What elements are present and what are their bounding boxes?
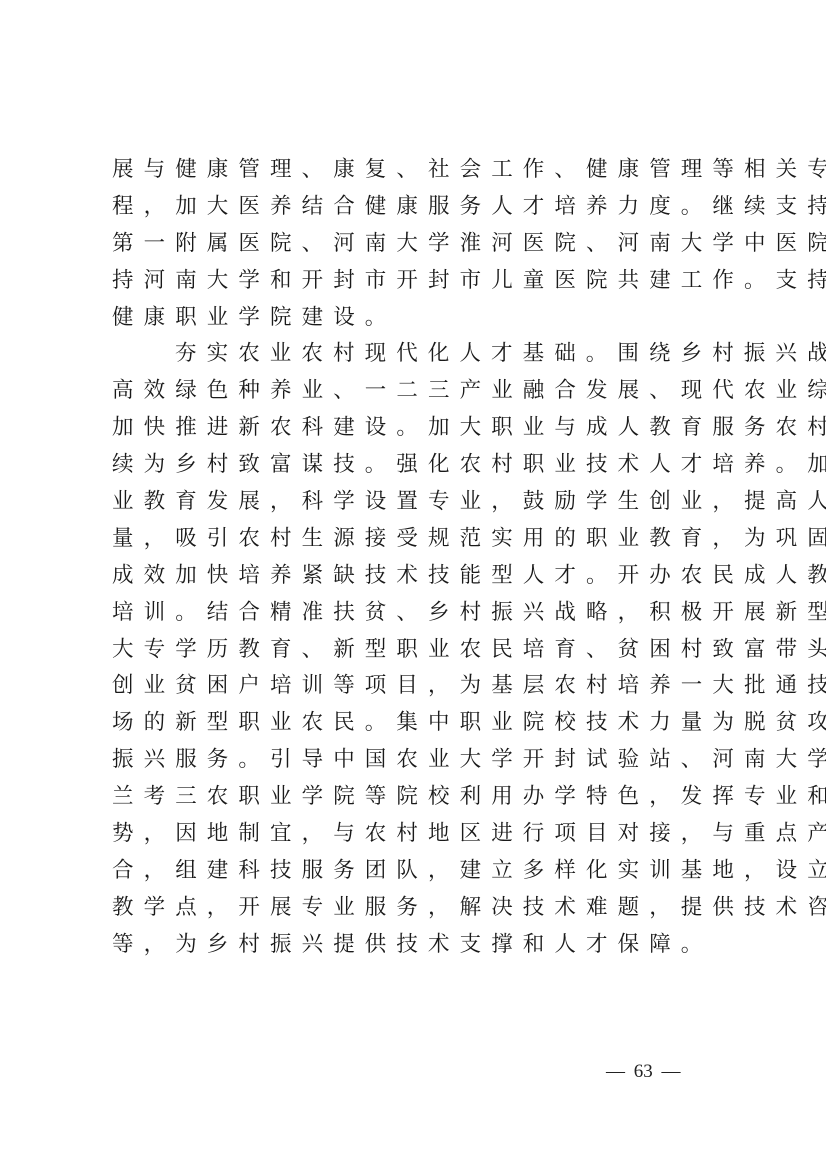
text-line: 大专学历教育、新型职业农民培育、贫困村致富带头人培训、 — [112, 632, 722, 669]
text-line-indented: 夯实农业农村现代化人才基础。围绕乡村振兴战略，聚焦 — [112, 336, 722, 373]
text-line: 振兴服务。引导中国农业大学开封试验站、河南大学农学院、 — [112, 742, 722, 779]
text-line: 持河南大学和开封市开封市儿童医院共建工作。支持开封智慧 — [112, 263, 722, 300]
body-text: 展与健康管理、康复、社会工作、健康管理等相关专业和课 程，加大医养结合健康服务人… — [112, 152, 722, 964]
text-line: 场的新型职业农民。集中职业院校技术力量为脱贫攻坚和乡村 — [112, 705, 722, 742]
text-line: 等，为乡村振兴提供技术支撑和人才保障。 — [112, 927, 722, 964]
text-line: 势，因地制宜，与农村地区进行项目对接，与重点产业相结 — [112, 816, 722, 853]
text-line: 成效加快培养紧缺技术技能型人才。开办农民成人教育与技能 — [112, 558, 722, 595]
text-line: 合，组建科技服务团队，建立多样化实训基地，设立专门现场 — [112, 853, 722, 890]
text-line: 业教育发展，科学设置专业，鼓励学生创业，提高人才培养质 — [112, 484, 722, 521]
page-number: — 63 — — [606, 1061, 681, 1083]
text-line: 创业贫困户培训等项目，为基层农村培养一大批通技术、懂市 — [112, 668, 722, 705]
text-line: 续为乡村致富谋技。强化农村职业技术人才培养。加快推进职 — [112, 447, 722, 484]
paragraph-rural-talent: 夯实农业农村现代化人才基础。围绕乡村振兴战略，聚焦 高效绿色种养业、一二三产业融… — [112, 336, 722, 963]
text-line: 加快推进新农科建设。加大职业与成人教育服务农村力度，持 — [112, 410, 722, 447]
text-line: 量，吸引农村生源接受规范实用的职业教育，为巩固脱贫攻坚 — [112, 521, 722, 558]
paragraph-health-talent: 展与健康管理、康复、社会工作、健康管理等相关专业和课 程，加大医养结合健康服务人… — [112, 152, 722, 336]
text-line: 第一附属医院、河南大学淮河医院、河南大学中医院建设，支 — [112, 226, 722, 263]
text-line: 程，加大医养结合健康服务人才培养力度。继续支持河南大学 — [112, 189, 722, 226]
text-line: 教学点，开展专业服务，解决技术难题，提供技术咨询服务 — [112, 890, 722, 927]
text-line: 兰考三农职业学院等院校利用办学特色，发挥专业和人才优 — [112, 779, 722, 816]
text-line: 高效绿色种养业、一二三产业融合发展、现代农业综合服务， — [112, 373, 722, 410]
text-line: 培训。结合精准扶贫、乡村振兴战略，积极开展新型职业农民 — [112, 595, 722, 632]
document-page: 展与健康管理、康复、社会工作、健康管理等相关专业和课 程，加大医养结合健康服务人… — [0, 0, 826, 1169]
text-line: 展与健康管理、康复、社会工作、健康管理等相关专业和课 — [112, 152, 722, 189]
text-line: 健康职业学院建设。 — [112, 300, 722, 337]
